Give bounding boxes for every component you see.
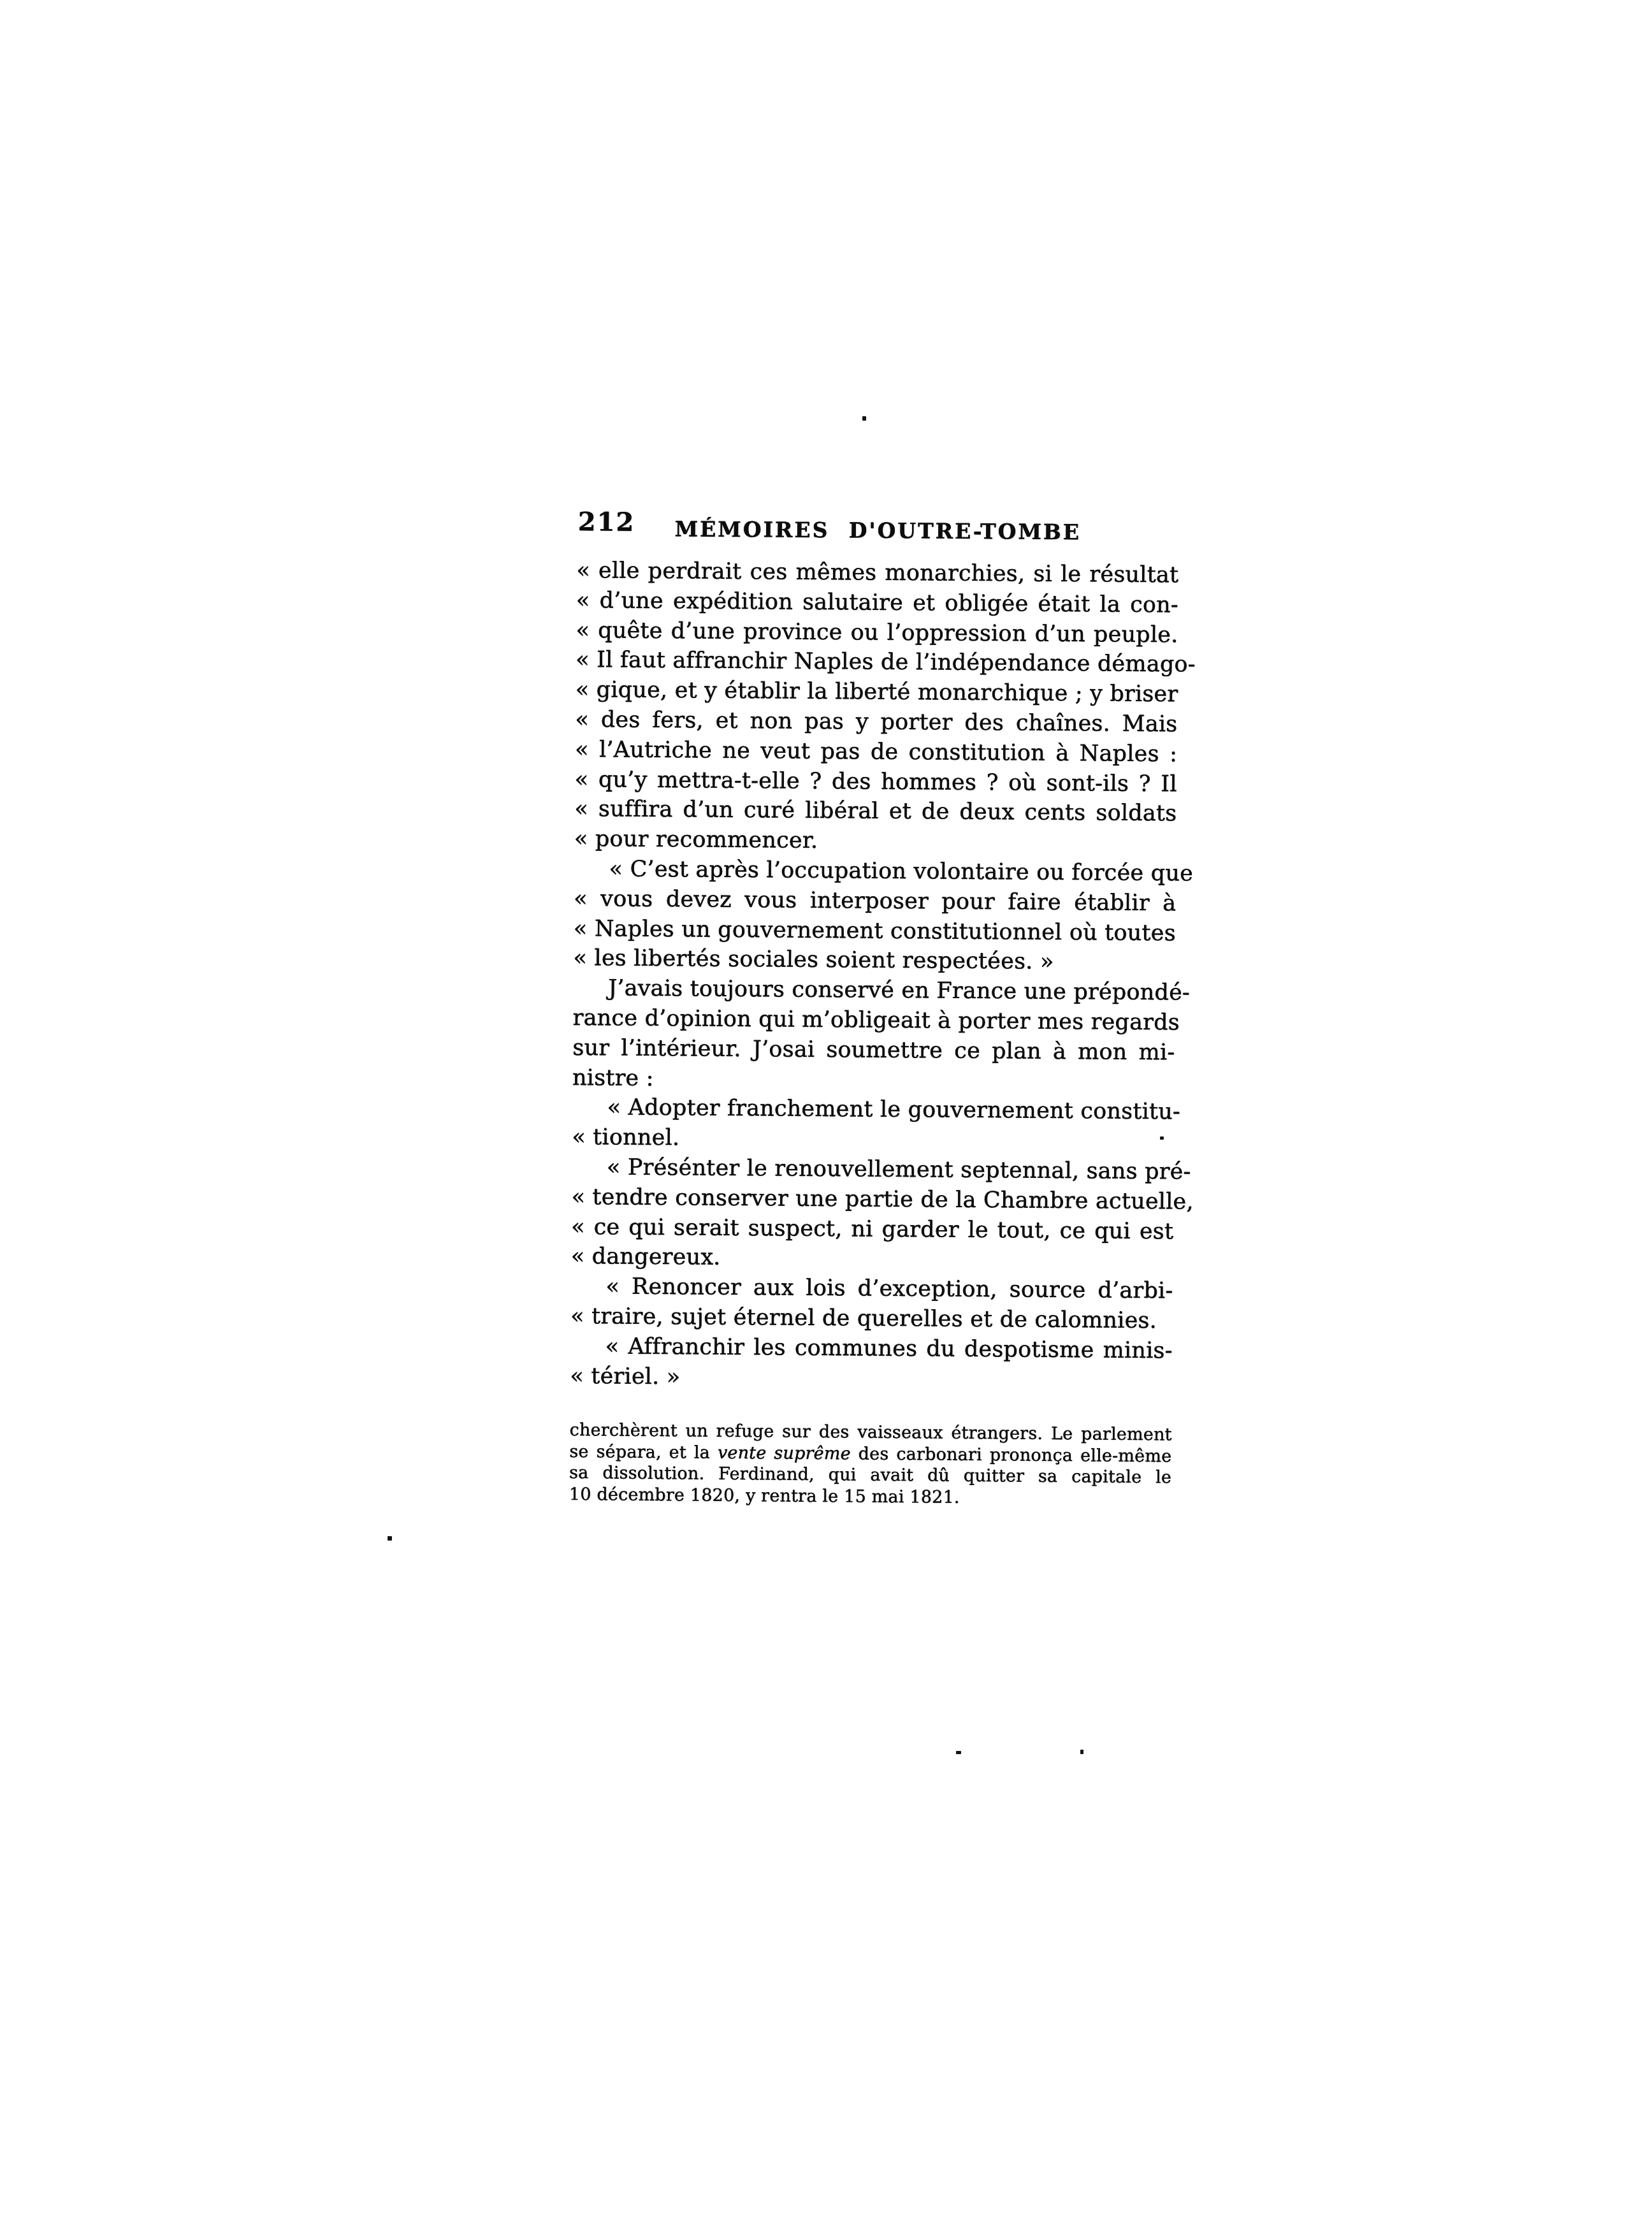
body-line: « tériel. »	[570, 1361, 1172, 1395]
body-line: « traire, sujet éternel de querelles et …	[570, 1302, 1173, 1336]
ink-speck	[956, 1751, 961, 1754]
body-line: « quête d’une province ou l’oppression d…	[576, 616, 1178, 650]
body-line: « qu’y mettra-t-elle ? des hommes ? où s…	[574, 765, 1177, 799]
body-line: « Adopter franchement le gouvernement co…	[572, 1093, 1174, 1127]
ink-speck	[388, 1536, 392, 1541]
ink-speck	[1160, 1136, 1164, 1140]
body-line: « tendre conserver une partie de la Cham…	[571, 1182, 1173, 1217]
body-line: « gique, et y établir la liberté monarch…	[576, 675, 1178, 709]
body-line: « Il faut affranchir Naples de l’indépen…	[576, 645, 1178, 679]
ink-speck	[1080, 1750, 1083, 1754]
footnote-text: des carbonari prononça elle-même	[851, 1444, 1172, 1466]
body-line: « vous devez vous interposer pour faire …	[574, 884, 1176, 918]
body-line: nistre :	[572, 1063, 1175, 1098]
body-line: « Affranchir les communes du despotisme …	[570, 1332, 1172, 1366]
footnote-text: se sépara, et la	[569, 1442, 718, 1463]
body-line: « pour recommencer.	[574, 824, 1177, 859]
body-line: sur l’intérieur. J’osai soumettre ce pla…	[572, 1033, 1175, 1068]
body-line: rance d’opinion qui m’obligeait à porter…	[573, 1003, 1175, 1038]
body-line: « C’est après l’occupation volontaire ou…	[574, 854, 1176, 889]
body-line: « ce qui serait suspect, ni garder le to…	[571, 1212, 1173, 1246]
scanned-book-page: 212 MÉMOIRES D'OUTRE-TOMBE « elle perdra…	[0, 0, 1652, 2236]
page-number: 212	[578, 507, 635, 537]
body-line: « suffira d’un curé libéral et de deux c…	[574, 794, 1177, 829]
body-line: « dangereux.	[571, 1242, 1173, 1276]
body-line: « des fers, et non pas y porter des chaî…	[575, 705, 1177, 739]
page-header: 212 MÉMOIRES D'OUTRE-TOMBE	[576, 507, 1179, 560]
running-title: MÉMOIRES D'OUTRE-TOMBE	[577, 507, 1179, 545]
body-line: « Naples un gouvernement constitutionnel…	[574, 914, 1176, 948]
body-line: « l’Autriche ne veut pas de constitution…	[575, 735, 1177, 769]
body-text: « elle perdrait ces mêmes monarchies, si…	[570, 556, 1178, 1396]
body-line: « Présénter le renouvellement septennal,…	[572, 1152, 1174, 1187]
body-line: J’avais toujours conservé en France une …	[573, 973, 1175, 1008]
body-line: « tionnel.	[572, 1122, 1174, 1157]
footnote-italic-phrase: vente suprême	[718, 1443, 851, 1464]
page-content: 212 MÉMOIRES D'OUTRE-TOMBE « elle perdra…	[569, 507, 1179, 1510]
body-line: « d’une expédition salutaire et obligée …	[576, 586, 1178, 620]
body-line: « elle perdrait ces mêmes monarchies, si…	[576, 556, 1178, 590]
body-line: « Renoncer aux lois d’exception, source …	[570, 1272, 1173, 1306]
body-line: « les libertés sociales soient respectée…	[573, 943, 1175, 978]
ink-speck	[862, 416, 866, 421]
footnote: cherchèrent un refuge sur des vaisseaux …	[569, 1419, 1172, 1509]
